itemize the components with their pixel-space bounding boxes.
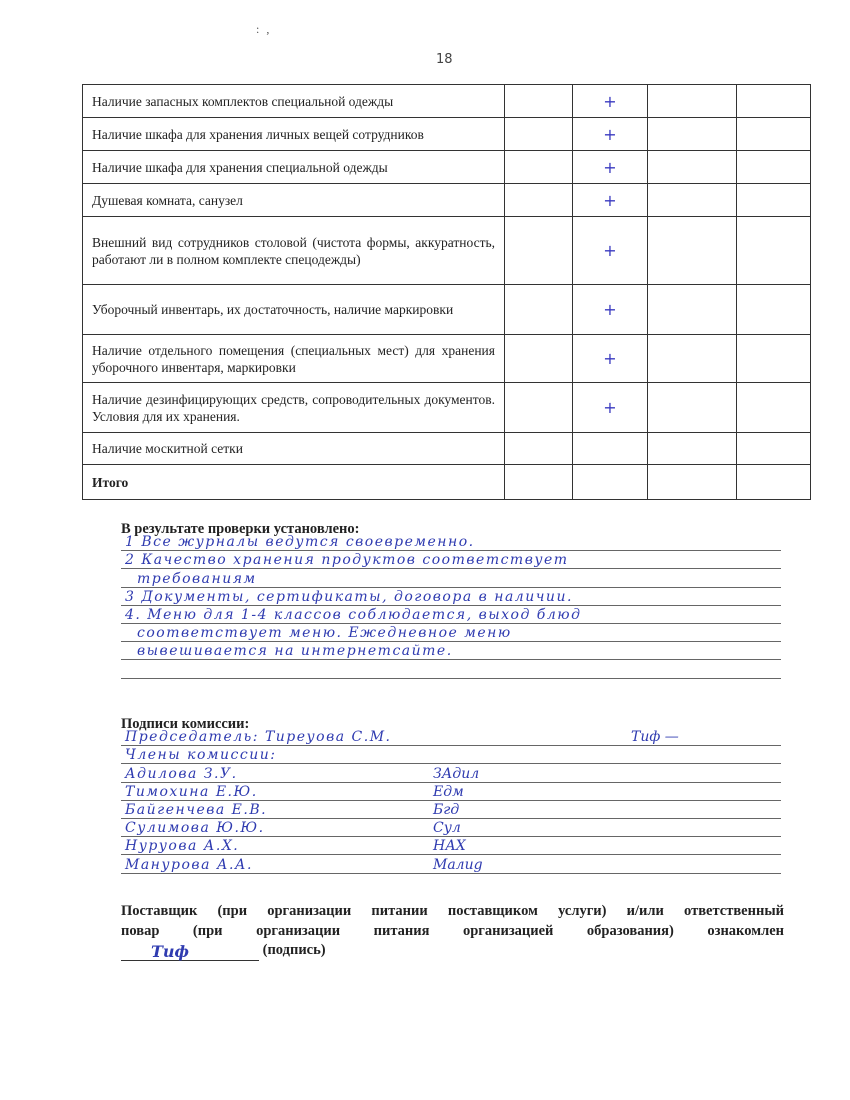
- empty-cell: [648, 335, 737, 383]
- criterion-cell: Наличие москитной сетки: [83, 433, 505, 465]
- empty-cell: [505, 118, 573, 151]
- signature-lines: Председатель: Тиреуова С.М.Тиф —Члены ко…: [121, 728, 781, 874]
- handwritten-name: Манурова А.А.: [125, 857, 253, 873]
- ack-signature: Тиф: [151, 942, 189, 962]
- handwritten-name: Члены комиссии:: [125, 747, 276, 763]
- mark-cell: +: [573, 118, 648, 151]
- signature-row: Члены комиссии:: [121, 746, 781, 764]
- empty-cell: [648, 85, 737, 118]
- empty-cell: [737, 217, 811, 285]
- criterion-cell: Наличие шкафа для хранения специальной о…: [83, 151, 505, 184]
- signature-row: Адилова З.У.ЗАдил: [121, 764, 781, 782]
- handwritten-signature: Едм: [433, 784, 464, 800]
- checklist-table: Наличие запасных комплектов специальной …: [82, 84, 811, 500]
- mark-cell: +: [573, 383, 648, 433]
- table-row: Уборочный инвентарь, их достаточность, н…: [83, 285, 811, 335]
- table-row: Наличие запасных комплектов специальной …: [83, 85, 811, 118]
- table-row: Наличие дезинфицирующих средств, сопрово…: [83, 383, 811, 433]
- total-cell: [505, 465, 573, 500]
- empty-cell: [648, 285, 737, 335]
- handwritten-signature: Бгд: [433, 802, 459, 818]
- table-row: Наличие отдельного помещения (специальны…: [83, 335, 811, 383]
- handwritten-signature: Тиф —: [631, 729, 679, 745]
- handwritten-name: Сулимова Ю.Ю.: [125, 820, 265, 836]
- mark-cell: +: [573, 217, 648, 285]
- criterion-cell: Наличие шкафа для хранения личных вещей …: [83, 118, 505, 151]
- ruled-line: 3 Документы, сертификаты, договора в нал…: [121, 588, 781, 606]
- empty-cell: [648, 383, 737, 433]
- signature-row: Сулимова Ю.Ю.Сул: [121, 819, 781, 837]
- criterion-cell: Внешний вид сотрудников столовой (чистот…: [83, 217, 505, 285]
- handwritten-name: Нуруова А.Х.: [125, 838, 239, 854]
- empty-cell: [737, 151, 811, 184]
- ruled-line: требованиям: [121, 569, 781, 587]
- handwritten-finding: вывешивается на интернетсайте.: [137, 643, 453, 659]
- handwritten-finding: 3 Документы, сертификаты, договора в нал…: [125, 589, 573, 605]
- handwritten-finding: соответствует меню. Ежедневное меню: [137, 625, 512, 641]
- empty-cell: [505, 217, 573, 285]
- empty-cell: [737, 383, 811, 433]
- handwritten-name: Байгенчева Е.В.: [125, 802, 267, 818]
- handwritten-finding: требованиям: [137, 571, 257, 587]
- ack-signature-line: Тиф: [121, 946, 259, 961]
- empty-cell: [505, 151, 573, 184]
- table-row: Душевая комната, санузел+: [83, 184, 811, 217]
- mark-cell: [573, 433, 648, 465]
- ruled-line: 1 Все журналы ведутся своевременно.: [121, 533, 781, 551]
- empty-cell: [737, 285, 811, 335]
- signature-row: Тимохина Е.Ю.Едм: [121, 783, 781, 801]
- mark-cell: +: [573, 85, 648, 118]
- empty-cell: [648, 118, 737, 151]
- total-cell: [648, 465, 737, 500]
- empty-cell: [505, 383, 573, 433]
- empty-cell: [505, 85, 573, 118]
- handwritten-finding: 4. Меню для 1-4 классов соблюдается, вых…: [125, 607, 581, 623]
- handwritten-signature: НАХ: [433, 838, 466, 854]
- empty-cell: [648, 184, 737, 217]
- table-row: Внешний вид сотрудников столовой (чистот…: [83, 217, 811, 285]
- table-row-total: Итого: [83, 465, 811, 500]
- empty-cell: [737, 85, 811, 118]
- criterion-cell: Наличие запасных комплектов специальной …: [83, 85, 505, 118]
- signature-row: Нуруова А.Х.НАХ: [121, 837, 781, 855]
- empty-cell: [505, 184, 573, 217]
- criterion-cell: Наличие дезинфицирующих средств, сопрово…: [83, 383, 505, 433]
- total-cell: [573, 465, 648, 500]
- ruled-line: соответствует меню. Ежедневное меню: [121, 624, 781, 642]
- ack-caption: (подпись): [263, 942, 326, 958]
- empty-cell: [737, 335, 811, 383]
- table-row: Наличие шкафа для хранения специальной о…: [83, 151, 811, 184]
- ruled-line: 2 Качество хранения продуктов соответств…: [121, 551, 781, 569]
- handwritten-signature: Малиg: [433, 857, 483, 873]
- total-cell: [737, 465, 811, 500]
- signature-row: Манурова А.А.Малиg: [121, 855, 781, 873]
- table-row: Наличие шкафа для хранения личных вещей …: [83, 118, 811, 151]
- signature-row: Байгенчева Е.В.Бгд: [121, 801, 781, 819]
- ruled-line: 4. Меню для 1-4 классов соблюдается, вых…: [121, 606, 781, 624]
- page-number: 18: [436, 52, 453, 67]
- table-row: Наличие москитной сетки: [83, 433, 811, 465]
- empty-cell: [505, 433, 573, 465]
- empty-cell: [737, 118, 811, 151]
- results-lines: 1 Все журналы ведутся своевременно.2 Кач…: [121, 533, 781, 679]
- mark-cell: +: [573, 184, 648, 217]
- signature-row: Председатель: Тиреуова С.М.Тиф —: [121, 728, 781, 746]
- empty-cell: [648, 151, 737, 184]
- handwritten-signature: Сул: [433, 820, 461, 836]
- mark-cell: +: [573, 335, 648, 383]
- handwritten-finding: 2 Качество хранения продуктов соответств…: [125, 552, 569, 568]
- mark-cell: +: [573, 151, 648, 184]
- total-label: Итого: [83, 465, 505, 500]
- empty-cell: [648, 217, 737, 285]
- ack-line-2: повар (при организации питания организац…: [121, 922, 784, 942]
- acknowledgement: Поставщик (при организации питании поста…: [121, 902, 784, 961]
- handwritten-name: Тимохина Е.Ю.: [125, 784, 258, 800]
- ack-line-1: Поставщик (при организации питании поста…: [121, 902, 784, 922]
- handwritten-name: Адилова З.У.: [125, 766, 238, 782]
- empty-cell: [737, 433, 811, 465]
- criterion-cell: Уборочный инвентарь, их достаточность, н…: [83, 285, 505, 335]
- empty-cell: [737, 184, 811, 217]
- scan-marks: : ,: [256, 22, 271, 37]
- empty-cell: [505, 285, 573, 335]
- criterion-cell: Наличие отдельного помещения (специальны…: [83, 335, 505, 383]
- ruled-line: вывешивается на интернетсайте.: [121, 642, 781, 660]
- empty-cell: [505, 335, 573, 383]
- criterion-cell: Душевая комната, санузел: [83, 184, 505, 217]
- mark-cell: +: [573, 285, 648, 335]
- handwritten-finding: 1 Все журналы ведутся своевременно.: [125, 534, 475, 550]
- handwritten-signature: ЗАдил: [433, 766, 479, 782]
- empty-cell: [648, 433, 737, 465]
- handwritten-name: Председатель: Тиреуова С.М.: [125, 729, 391, 745]
- ruled-line: [121, 660, 781, 678]
